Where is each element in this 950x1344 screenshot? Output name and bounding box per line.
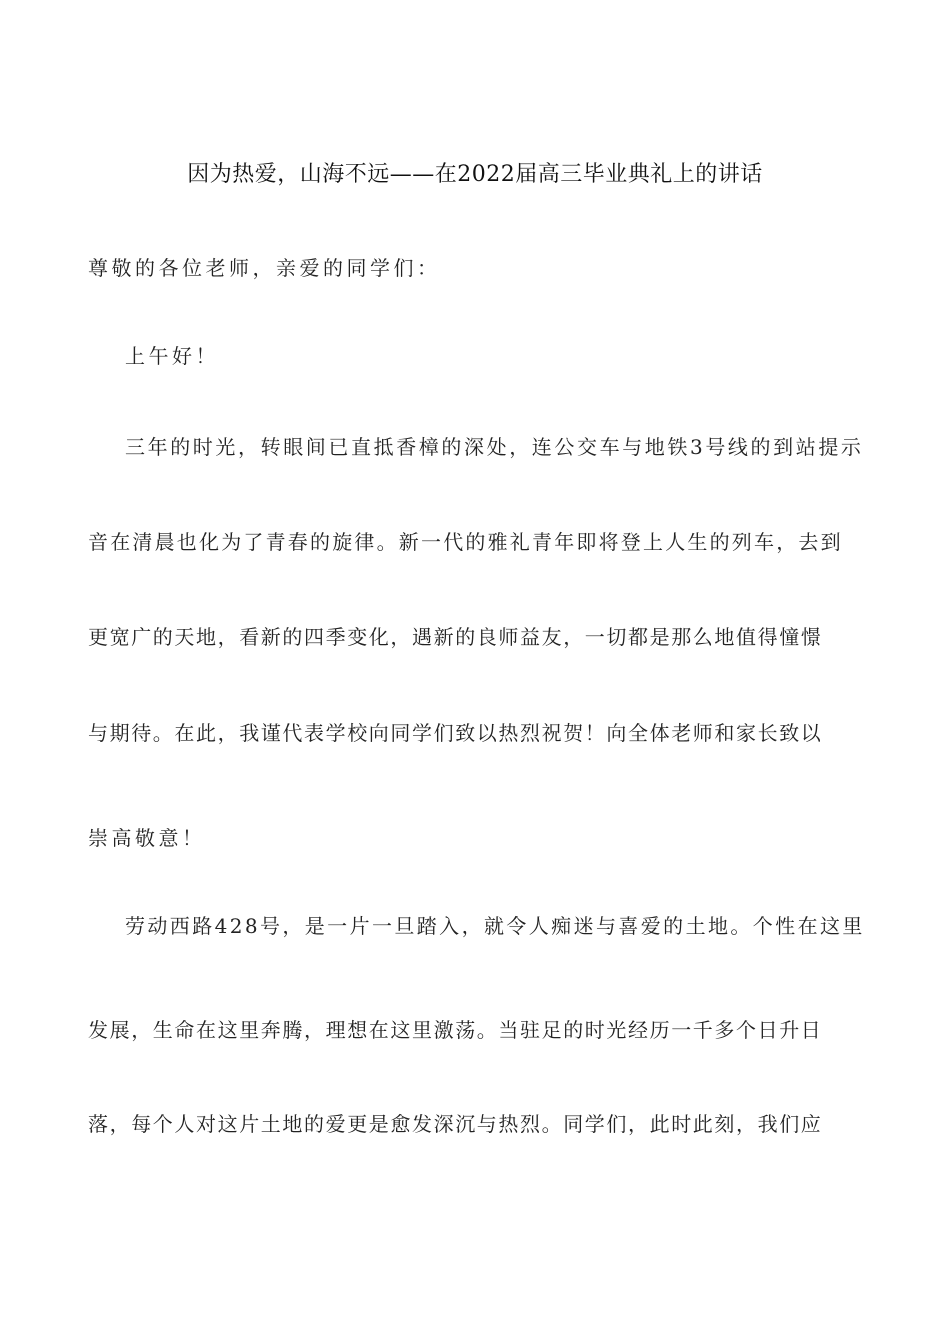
document-title: 因为热爱，山海不远——在2022届高三毕业典礼上的讲话 <box>0 158 950 192</box>
paragraph-1-line-2: 音在清晨也化为了青春的旋律。新一代的雅礼青年即将登上人生的列车，去到 <box>88 527 863 557</box>
paragraph-1-line-5: 崇高敬意！ <box>88 823 863 853</box>
paragraph-1-line-1: 三年的时光，转眼间已直抵香樟的深处，连公交车与地铁3号线的到站提示 <box>125 432 865 462</box>
paragraph-2-line-1: 劳动西路428号，是一片一旦踏入，就令人痴迷与喜爱的土地。个性在这里 <box>125 911 865 941</box>
salutation: 尊敬的各位老师，亲爱的同学们： <box>88 253 863 283</box>
paragraph-2-line-3: 落，每个人对这片土地的爱更是愈发深沉与热烈。同学们，此时此刻，我们应 <box>88 1109 863 1139</box>
paragraph-2-line-2: 发展，生命在这里奔腾，理想在这里激荡。当驻足的时光经历一千多个日升日 <box>88 1015 863 1045</box>
paragraph-1-line-4: 与期待。在此，我谨代表学校向同学们致以热烈祝贺！向全体老师和家长致以 <box>88 718 863 748</box>
document-page: 因为热爱，山海不远——在2022届高三毕业典礼上的讲话 尊敬的各位老师，亲爱的同… <box>0 0 950 1344</box>
paragraph-1-line-3: 更宽广的天地，看新的四季变化，遇新的良师益友，一切都是那么地值得憧憬 <box>88 622 863 652</box>
greeting: 上午好！ <box>125 341 865 371</box>
